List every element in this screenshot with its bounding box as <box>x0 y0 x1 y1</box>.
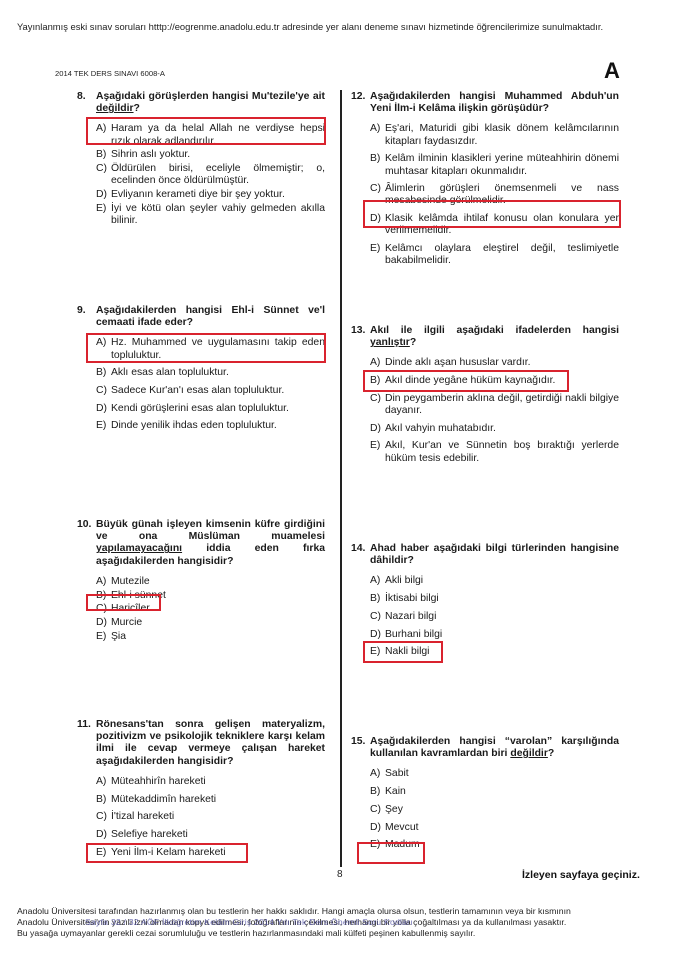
option-letter: E) <box>96 203 106 215</box>
answer-option: E)Nakli bilgi <box>370 646 619 658</box>
option-letter: B) <box>370 375 380 387</box>
option-letter: E) <box>96 420 106 432</box>
answer-option: C)İ'tizal hareketi <box>96 811 325 823</box>
answer-option: E)Yeni İlm-i Kelam hareketi <box>96 847 325 859</box>
option-letter: A) <box>96 576 106 588</box>
answer-option: A)Akli bilgi <box>370 575 619 587</box>
option-text: Şia <box>111 631 126 642</box>
answer-option: A)Haram ya da helal Allah ne verdiyse he… <box>96 123 325 147</box>
option-letter: A) <box>370 123 380 135</box>
option-letter: C) <box>370 183 381 195</box>
option-text: Evliyanın kerameti diye bir şey yoktur. <box>111 189 285 200</box>
answer-option: B)Kelâm ilminin klasikleri yerine müteah… <box>370 153 619 177</box>
answer-option: E)İyi ve kötü olan şeyler vahiy gelmeden… <box>96 203 325 227</box>
option-letter: D) <box>370 423 381 435</box>
next-page-note: İzleyen sayfaya geçiniz. <box>522 869 640 881</box>
option-letter: A) <box>370 357 380 369</box>
option-list: A)MutezileB)Ehl-i sünnetC)HaricîlerD)Mur… <box>96 576 325 643</box>
page-overlay-text: Sayfa 32 / 32 AÖF İlköğretim Kelâm Giriş… <box>85 917 413 927</box>
option-text: Murcie <box>111 617 142 628</box>
question-9: 9.Aşağıdakilerden hangisi Ehl-i Sünnet v… <box>77 305 325 438</box>
answer-option: A)Hz. Muhammed ve uygulamasını takip ede… <box>96 337 325 361</box>
exam-code: 2014 TEK DERS SINAVI 6008-A <box>55 69 165 78</box>
option-letter: A) <box>96 776 106 788</box>
answer-option: A)Eş'ari, Maturidi gibi klasik dönem kel… <box>370 123 619 147</box>
option-letter: A) <box>370 575 380 587</box>
option-text: Nazari bilgi <box>385 611 436 622</box>
option-letter: D) <box>96 829 107 841</box>
question-number: 11. <box>77 719 91 731</box>
option-text: Akıl, Kur'an ve Sünnetin boş bıraktığı y… <box>385 440 619 463</box>
answer-option: C)Şey <box>370 804 619 816</box>
answer-option: B)Aklı esas alan topluluktur. <box>96 367 325 379</box>
question-13: 13.Akıl ile ilgili aşağıdaki ifadelerden… <box>351 325 619 470</box>
option-text: Sadece Kur'an'ı esas alan topluluktur. <box>111 385 284 396</box>
question-15: 15.Aşağıdakilerden hangisi “varolan” kar… <box>351 736 619 857</box>
option-letter: C) <box>370 804 381 816</box>
answer-option: C)Sadece Kur'an'ı esas alan topluluktur. <box>96 385 325 397</box>
option-text: Akıl vahyin muhatabıdır. <box>385 423 496 434</box>
answer-option: C)Nazari bilgi <box>370 611 619 623</box>
page-number: 8 <box>337 869 343 880</box>
footer-line: Anadolu Üniversitesi tarafından hazırlan… <box>17 906 657 917</box>
option-text: Akıl dinde yegâne hüküm kaynağıdır. <box>385 375 555 386</box>
option-letter: D) <box>96 403 107 415</box>
option-letter: A) <box>370 768 380 780</box>
question-number: 9. <box>77 305 86 317</box>
option-text: Müteahhirîn hareketi <box>111 776 206 787</box>
option-text: Kendi görüşlerini esas alan topluluktur. <box>111 403 289 414</box>
answer-option: C)Din peygamberin aklına değil, getirdiğ… <box>370 393 619 417</box>
option-letter: C) <box>96 385 107 397</box>
option-text: Mutezile <box>111 576 150 587</box>
option-letter: C) <box>96 811 107 823</box>
answer-option: A)Dinde aklı aşan hususlar vardır. <box>370 357 619 369</box>
question-11: 11.Rönesans'tan sonra gelişen materyaliz… <box>77 719 325 864</box>
option-text: Kain <box>385 786 406 797</box>
option-text: Öldürülen birisi, eceliyle ölmemiştir; o… <box>111 163 325 186</box>
option-text: İyi ve kötü olan şeyler vahiy gelmeden a… <box>111 203 325 226</box>
option-letter: B) <box>96 149 106 161</box>
answer-option: D)Selefiye hareketi <box>96 829 325 841</box>
option-text: İktisabi bilgi <box>385 593 439 604</box>
option-letter: B) <box>96 367 106 379</box>
option-letter: B) <box>370 786 380 798</box>
option-letter: D) <box>370 629 381 641</box>
option-text: Kelâm ilminin klasikleri yerine müteahhi… <box>385 153 619 176</box>
answer-option: D)Akıl vahyin muhatabıdır. <box>370 423 619 435</box>
answer-option: C)Âlimlerin görüşleri önemsenmeli ve nas… <box>370 183 619 207</box>
option-letter: E) <box>370 440 380 452</box>
option-list: A)Dinde aklı aşan hususlar vardır.B)Akıl… <box>370 357 619 464</box>
question-number: 13. <box>351 325 365 337</box>
column-divider <box>340 90 342 867</box>
option-text: Âlimlerin görüşleri önemsenmeli ve nass … <box>385 183 619 206</box>
option-letter: B) <box>370 593 380 605</box>
answer-option: C)Haricîler <box>96 603 325 615</box>
answer-option: E)Dinde yenilik ihdas eden topluluktur. <box>96 420 325 432</box>
option-text: Kelâmcı olaylara eleştirel değil, teslim… <box>385 243 619 266</box>
question-stem: Aşağıdakilerden hangisi Muhammed Abduh'u… <box>370 91 619 115</box>
answer-option: C)Öldürülen birisi, eceliyle ölmemiştir;… <box>96 163 325 187</box>
option-letter: E) <box>96 631 106 643</box>
answer-option: B)Mütekaddimîn hareketi <box>96 794 325 806</box>
option-list: A)Hz. Muhammed ve uygulamasını takip ede… <box>96 337 325 432</box>
option-text: Burhani bilgi <box>385 629 442 640</box>
question-stem: Aşağıdaki görüşlerden hangisi Mu'tezile'… <box>96 91 325 115</box>
option-text: Din peygamberin aklına değil, getirdiği … <box>385 393 619 416</box>
question-stem: Büyük günah işleyen kimsenin küfre girdi… <box>96 519 325 568</box>
answer-option: D)Evliyanın kerameti diye bir şey yoktur… <box>96 189 325 201</box>
question-10: 10.Büyük günah işleyen kimsenin küfre gi… <box>77 519 325 644</box>
option-text: Klasik kelâmda ihtilaf konusu olan konul… <box>385 213 619 236</box>
question-number: 14. <box>351 543 365 555</box>
top-notice: Yayınlanmış eski sınav soruları htttp://… <box>17 21 603 32</box>
answer-option: E)Akıl, Kur'an ve Sünnetin boş bıraktığı… <box>370 440 619 464</box>
option-text: İ'tizal hareketi <box>111 811 174 822</box>
option-letter: C) <box>370 393 381 405</box>
option-text: Eş'ari, Maturidi gibi klasik dönem kelâm… <box>385 123 619 146</box>
option-text: Sabit <box>385 768 409 779</box>
question-8: 8.Aşağıdaki görüşlerden hangisi Mu'tezil… <box>77 91 325 229</box>
option-letter: A) <box>96 123 106 135</box>
option-text: Nakli bilgi <box>385 646 429 657</box>
option-text: Selefiye hareketi <box>111 829 188 840</box>
answer-option: E)Şia <box>96 631 325 643</box>
option-letter: B) <box>96 794 106 806</box>
option-text: Aklı esas alan topluluktur. <box>111 367 229 378</box>
option-list: A)SabitB)KainC)ŞeyD)MevcutE)Madum <box>370 768 619 851</box>
answer-option: D)Murcie <box>96 617 325 629</box>
answer-option: D)Burhani bilgi <box>370 629 619 641</box>
option-text: Haram ya da helal Allah ne verdiyse heps… <box>111 123 325 146</box>
option-letter: C) <box>96 163 107 175</box>
answer-option: E)Kelâmcı olaylara eleştirel değil, tesl… <box>370 243 619 267</box>
answer-option: D)Mevcut <box>370 822 619 834</box>
option-letter: B) <box>370 153 380 165</box>
option-text: Ehl-i sünnet <box>111 590 166 601</box>
answer-option: B)İktisabi bilgi <box>370 593 619 605</box>
option-text: Dinde aklı aşan hususlar vardır. <box>385 357 531 368</box>
option-text: Haricîler <box>111 603 150 614</box>
answer-option: B)Ehl-i sünnet <box>96 590 325 602</box>
question-14: 14.Ahad haber aşağıdaki bilgi türlerinde… <box>351 543 619 664</box>
option-text: Şey <box>385 804 403 815</box>
answer-option: B)Akıl dinde yegâne hüküm kaynağıdır. <box>370 375 619 387</box>
option-letter: D) <box>370 822 381 834</box>
option-letter: D) <box>370 213 381 225</box>
option-letter: C) <box>96 603 107 615</box>
option-text: Madum <box>385 839 420 850</box>
option-list: A)Müteahhirîn hareketiB)Mütekaddimîn har… <box>96 776 325 859</box>
question-number: 12. <box>351 91 365 103</box>
option-letter: E) <box>370 839 380 851</box>
option-text: Dinde yenilik ihdas eden topluluktur. <box>111 420 277 431</box>
option-list: A)Akli bilgiB)İktisabi bilgiC)Nazari bil… <box>370 575 619 658</box>
answer-option: B)Sihrin aslı yoktur. <box>96 149 325 161</box>
question-stem: Akıl ile ilgili aşağıdaki ifadelerden ha… <box>370 325 619 349</box>
answer-option: A)Sabit <box>370 768 619 780</box>
option-letter: D) <box>96 617 107 629</box>
option-letter: E) <box>96 847 106 859</box>
question-stem: Aşağıdakilerden hangisi “varolan” karşıl… <box>370 736 619 760</box>
question-number: 15. <box>351 736 365 748</box>
option-text: Mütekaddimîn hareketi <box>111 794 216 805</box>
option-letter: E) <box>370 646 380 658</box>
option-letter: D) <box>96 189 107 201</box>
option-list: A)Haram ya da helal Allah ne verdiyse he… <box>96 123 325 227</box>
question-number: 10. <box>77 519 91 531</box>
answer-option: A)Müteahhirîn hareketi <box>96 776 325 788</box>
option-list: A)Eş'ari, Maturidi gibi klasik dönem kel… <box>370 123 619 267</box>
question-stem: Aşağıdakilerden hangisi Ehl-i Sünnet ve'… <box>96 305 325 329</box>
option-letter: A) <box>96 337 106 349</box>
option-letter: E) <box>370 243 380 255</box>
option-text: Akli bilgi <box>385 575 423 586</box>
option-text: Hz. Muhammed ve uygulamasını takip eden … <box>111 337 325 360</box>
answer-option: E)Madum <box>370 839 619 851</box>
answer-option: A)Mutezile <box>96 576 325 588</box>
question-stem: Ahad haber aşağıdaki bilgi türlerinden h… <box>370 543 619 567</box>
option-letter: C) <box>370 611 381 623</box>
answer-option: D)Kendi görüşlerini esas alan topluluktu… <box>96 403 325 415</box>
option-letter: B) <box>96 590 106 602</box>
option-text: Mevcut <box>385 822 419 833</box>
footer-line: Bu yasağa uymayanlar gerekli cezai sorum… <box>17 928 657 939</box>
option-text: Yeni İlm-i Kelam hareketi <box>111 847 226 858</box>
question-12: 12.Aşağıdakilerden hangisi Muhammed Abdu… <box>351 91 619 273</box>
answer-option: D)Klasik kelâmda ihtilaf konusu olan kon… <box>370 213 619 237</box>
answer-option: B)Kain <box>370 786 619 798</box>
question-stem: Rönesans'tan sonra gelişen materyalizm, … <box>96 719 325 768</box>
option-text: Sihrin aslı yoktur. <box>111 149 190 160</box>
booklet-type: A <box>604 58 620 84</box>
question-number: 8. <box>77 91 86 103</box>
